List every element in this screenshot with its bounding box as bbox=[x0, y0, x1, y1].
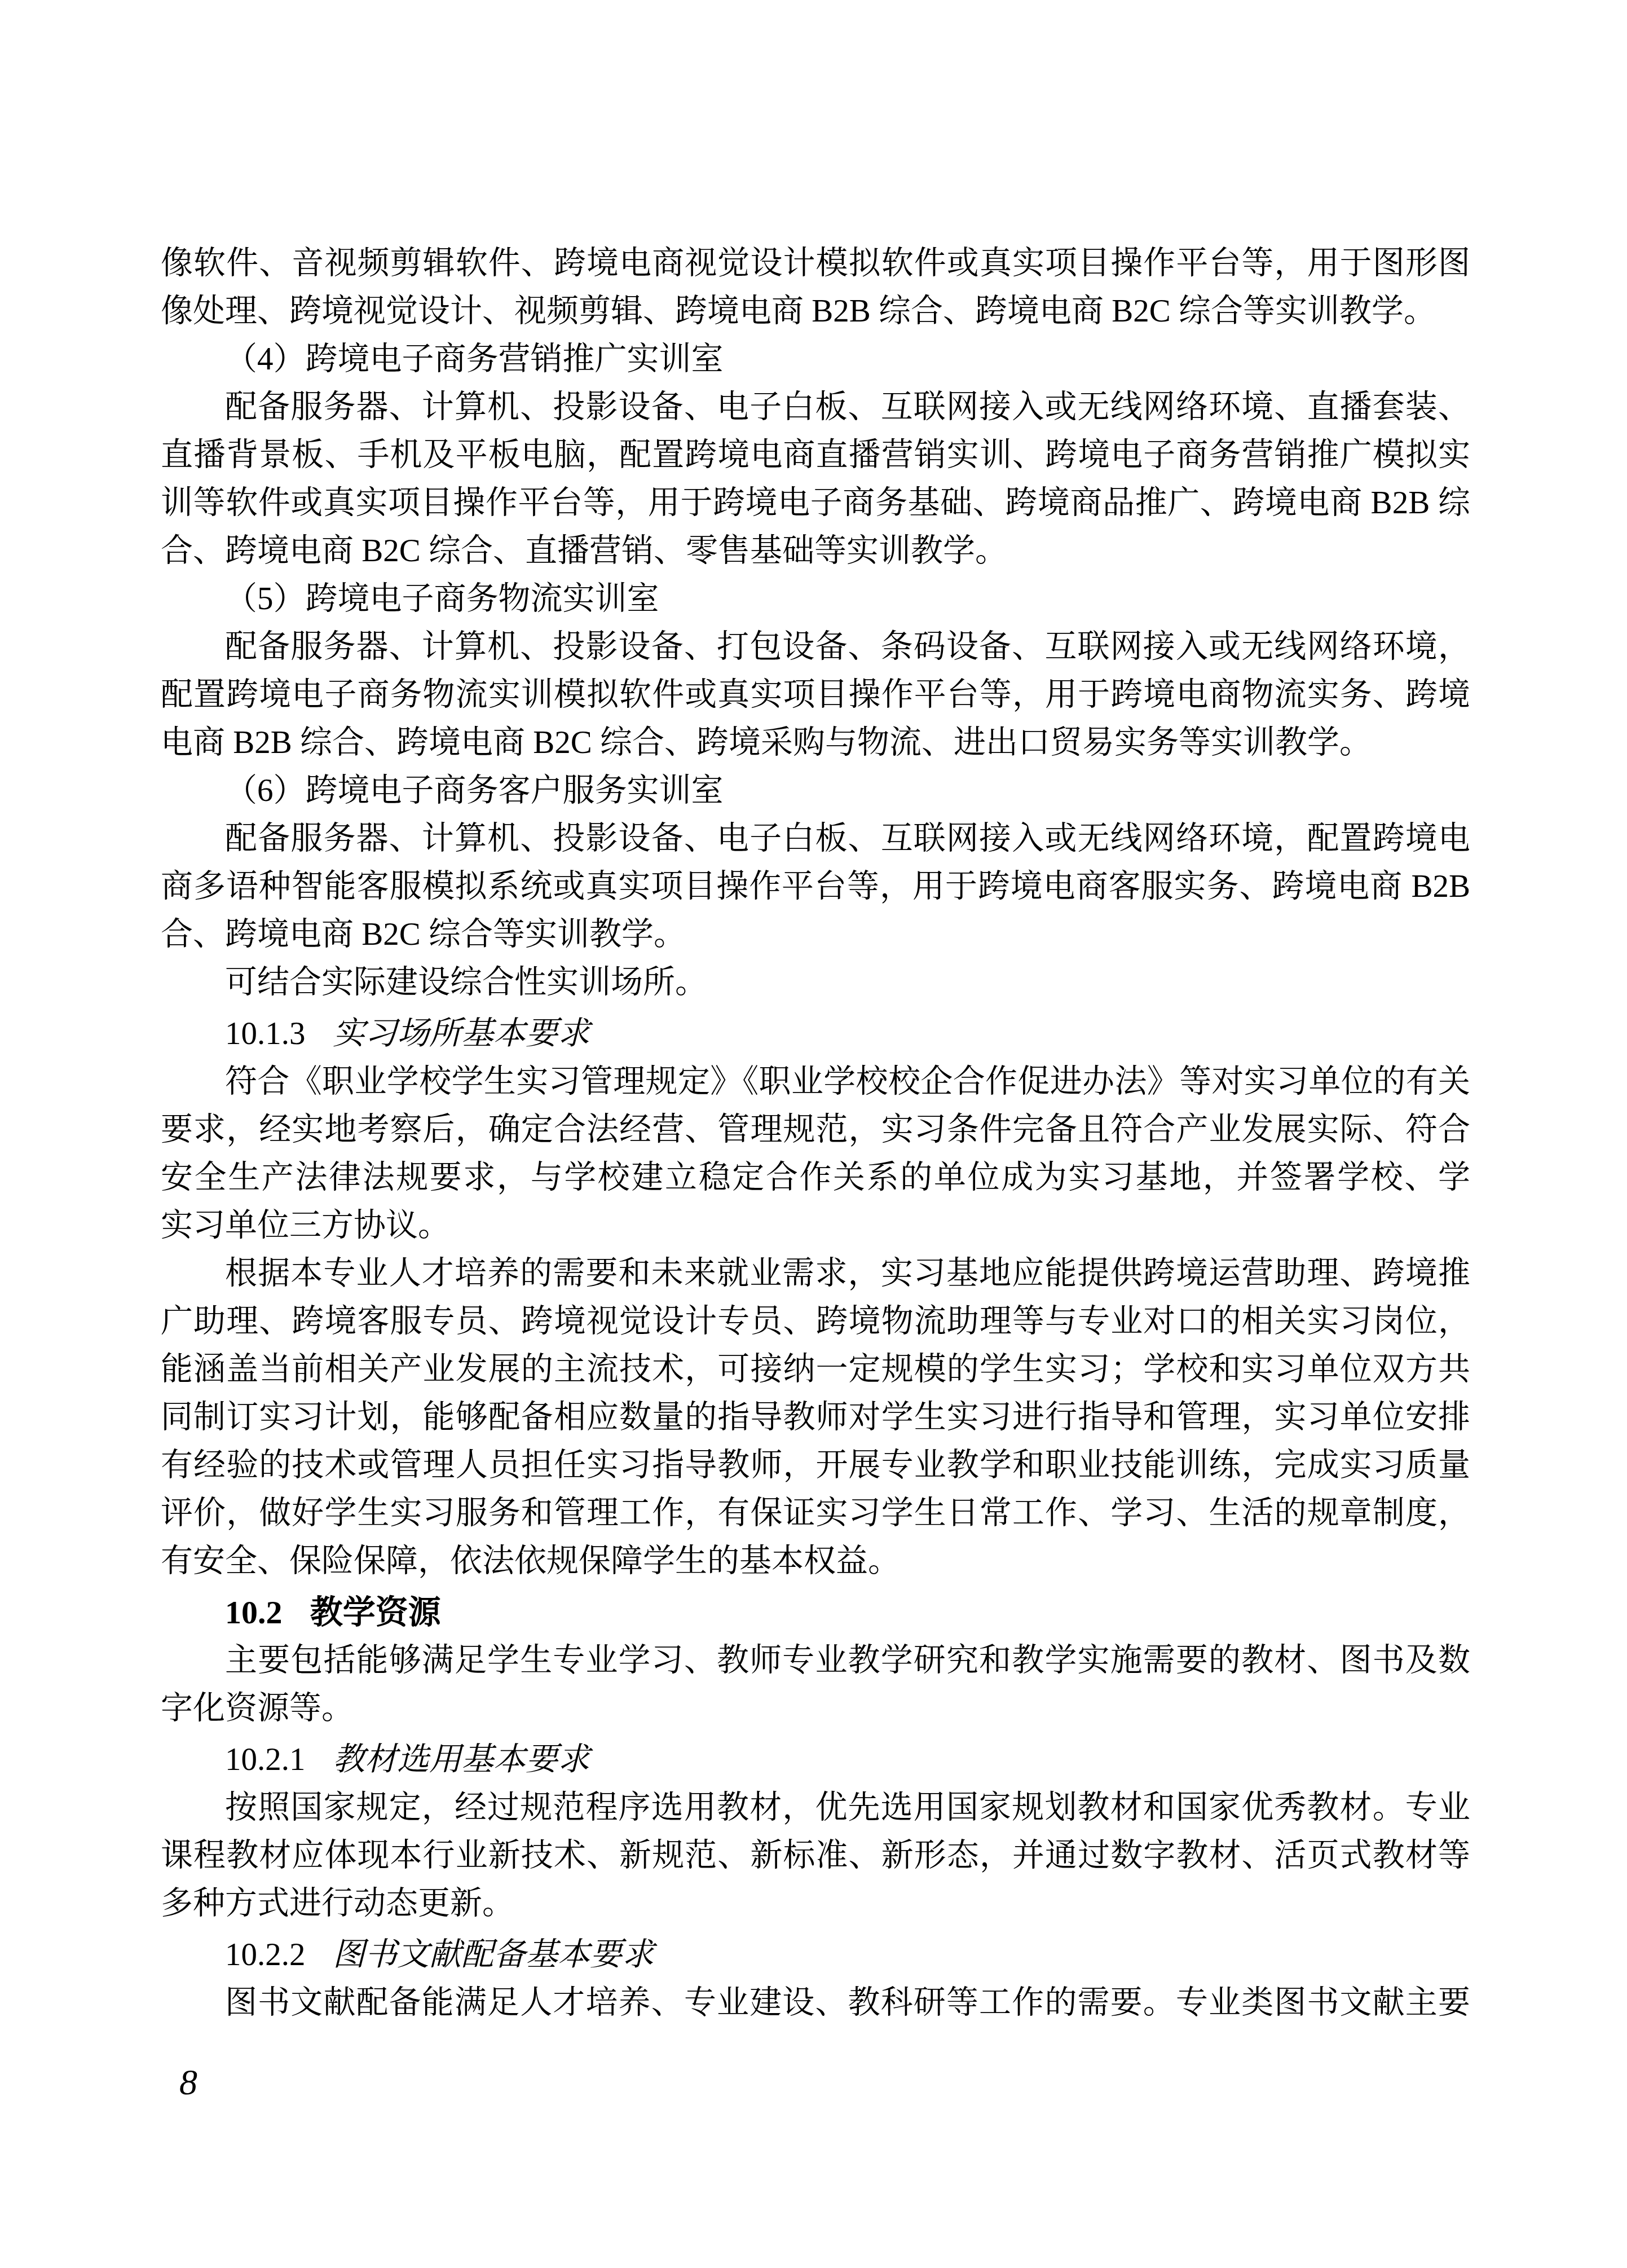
text-line: 多种方式进行动态更新。 bbox=[161, 1879, 1470, 1927]
text-line: （4）跨境电子商务营销推广实训室 bbox=[161, 335, 1470, 383]
text-line: 商多语种智能客服模拟系统或真实项目操作平台等，用于跨境电商客服实务、跨境电商 B… bbox=[161, 862, 1470, 910]
text-line: 直播背景板、手机及平板电脑，配置跨境电商直播营销实训、跨境电子商务营销推广模拟实 bbox=[161, 431, 1470, 479]
text-line: 配备服务器、计算机、投影设备、电子白板、互联网接入或无线网络环境，配置跨境电 bbox=[161, 814, 1470, 862]
section-heading-number: 10.2.1 bbox=[225, 1742, 306, 1777]
text-line: 安全生产法律法规要求，与学校建立稳定合作关系的单位成为实习基地，并签署学校、学生… bbox=[161, 1153, 1470, 1201]
text-line: （6）跨境电子商务客户服务实训室 bbox=[161, 767, 1470, 814]
section-heading-title: 教材选用基本要求 bbox=[333, 1742, 590, 1777]
text-line: 配备服务器、计算机、投影设备、电子白板、互联网接入或无线网络环境、直播套装、 bbox=[161, 383, 1470, 431]
section-heading-title: 实习场所基本要求 bbox=[333, 1016, 590, 1051]
section-heading: 10.2.2图书文献配备基本要求 bbox=[161, 1931, 1470, 1979]
text-line: 实习单位三方协议。 bbox=[161, 1201, 1470, 1249]
text-line: 字化资源等。 bbox=[161, 1684, 1470, 1732]
text-line: 根据本专业人才培养的需要和未来就业需求，实习基地应能提供跨境运营助理、跨境推 bbox=[161, 1249, 1470, 1297]
text-line: 广助理、跨境客服专员、跨境视觉设计专员、跨境物流助理等与专业对口的相关实习岗位， bbox=[161, 1297, 1470, 1345]
text-line: 合、跨境电商 B2C 综合等实训教学。 bbox=[161, 910, 1470, 958]
text-line: 有经验的技术或管理人员担任实习指导教师，开展专业教学和职业技能训练，完成实习质量 bbox=[161, 1441, 1470, 1489]
text-line: 合、跨境电商 B2C 综合、直播营销、零售基础等实训教学。 bbox=[161, 527, 1470, 575]
section-heading: 10.2教学资源 bbox=[161, 1588, 1470, 1636]
text-line: 同制订实习计划，能够配备相应数量的指导教师对学生实习进行指导和管理，实习单位安排 bbox=[161, 1393, 1470, 1441]
text-line: 评价，做好学生实习服务和管理工作，有保证实习学生日常工作、学习、生活的规章制度， bbox=[161, 1489, 1470, 1537]
section-heading-title: 教学资源 bbox=[310, 1594, 441, 1631]
section-heading-number: 10.1.3 bbox=[225, 1016, 306, 1051]
text-line: 配置跨境电子商务物流实训模拟软件或真实项目操作平台等，用于跨境电商物流实务、跨境 bbox=[161, 671, 1470, 719]
document-page: 像软件、音视频剪辑软件、跨境电商视觉设计模拟软件或真实项目操作平台等，用于图形图… bbox=[0, 0, 1627, 2268]
text-line: 电商 B2B 综合、跨境电商 B2C 综合、跨境采购与物流、进出口贸易实务等实训… bbox=[161, 719, 1470, 767]
text-line: 主要包括能够满足学生专业学习、教师专业教学研究和教学实施需要的教材、图书及数 bbox=[161, 1636, 1470, 1684]
text-line: 配备服务器、计算机、投影设备、打包设备、条码设备、互联网接入或无线网络环境， bbox=[161, 623, 1470, 671]
section-heading: 10.1.3实习场所基本要求 bbox=[161, 1010, 1470, 1058]
page-number: 8 bbox=[179, 2060, 197, 2105]
text-line: （5）跨境电子商务物流实训室 bbox=[161, 575, 1470, 623]
text-line: 课程教材应体现本行业新技术、新规范、新标准、新形态，并通过数字教材、活页式教材等 bbox=[161, 1831, 1470, 1879]
text-line: 要求，经实地考察后，确定合法经营、管理规范，实习条件完备且符合产业发展实际、符合 bbox=[161, 1106, 1470, 1153]
page-body: 像软件、音视频剪辑软件、跨境电商视觉设计模拟软件或真实项目操作平台等，用于图形图… bbox=[161, 239, 1470, 2027]
text-line: 能涵盖当前相关产业发展的主流技术，可接纳一定规模的学生实习；学校和实习单位双方共 bbox=[161, 1345, 1470, 1393]
section-heading-title: 图书文献配备基本要求 bbox=[333, 1937, 654, 1972]
text-line: 像软件、音视频剪辑软件、跨境电商视觉设计模拟软件或真实项目操作平台等，用于图形图 bbox=[161, 239, 1470, 287]
text-line: 按照国家规定，经过规范程序选用教材，优先选用国家规划教材和国家优秀教材。专业 bbox=[161, 1783, 1470, 1831]
text-line: 图书文献配备能满足人才培养、专业建设、教科研等工作的需要。专业类图书文献主要 bbox=[161, 1979, 1470, 2027]
text-line: 像处理、跨境视觉设计、视频剪辑、跨境电商 B2B 综合、跨境电商 B2C 综合等… bbox=[161, 287, 1470, 335]
section-heading-number: 10.2 bbox=[225, 1594, 283, 1631]
text-line: 训等软件或真实项目操作平台等，用于跨境电子商务基础、跨境商品推广、跨境电商 B2… bbox=[161, 479, 1470, 527]
text-line: 符合《职业学校学生实习管理规定》《职业学校校企合作促进办法》等对实习单位的有关 bbox=[161, 1058, 1470, 1106]
text-line: 可结合实际建设综合性实训场所。 bbox=[161, 958, 1470, 1006]
section-heading-number: 10.2.2 bbox=[225, 1937, 306, 1972]
text-line: 有安全、保险保障，依法依规保障学生的基本权益。 bbox=[161, 1537, 1470, 1585]
section-heading: 10.2.1教材选用基本要求 bbox=[161, 1736, 1470, 1783]
